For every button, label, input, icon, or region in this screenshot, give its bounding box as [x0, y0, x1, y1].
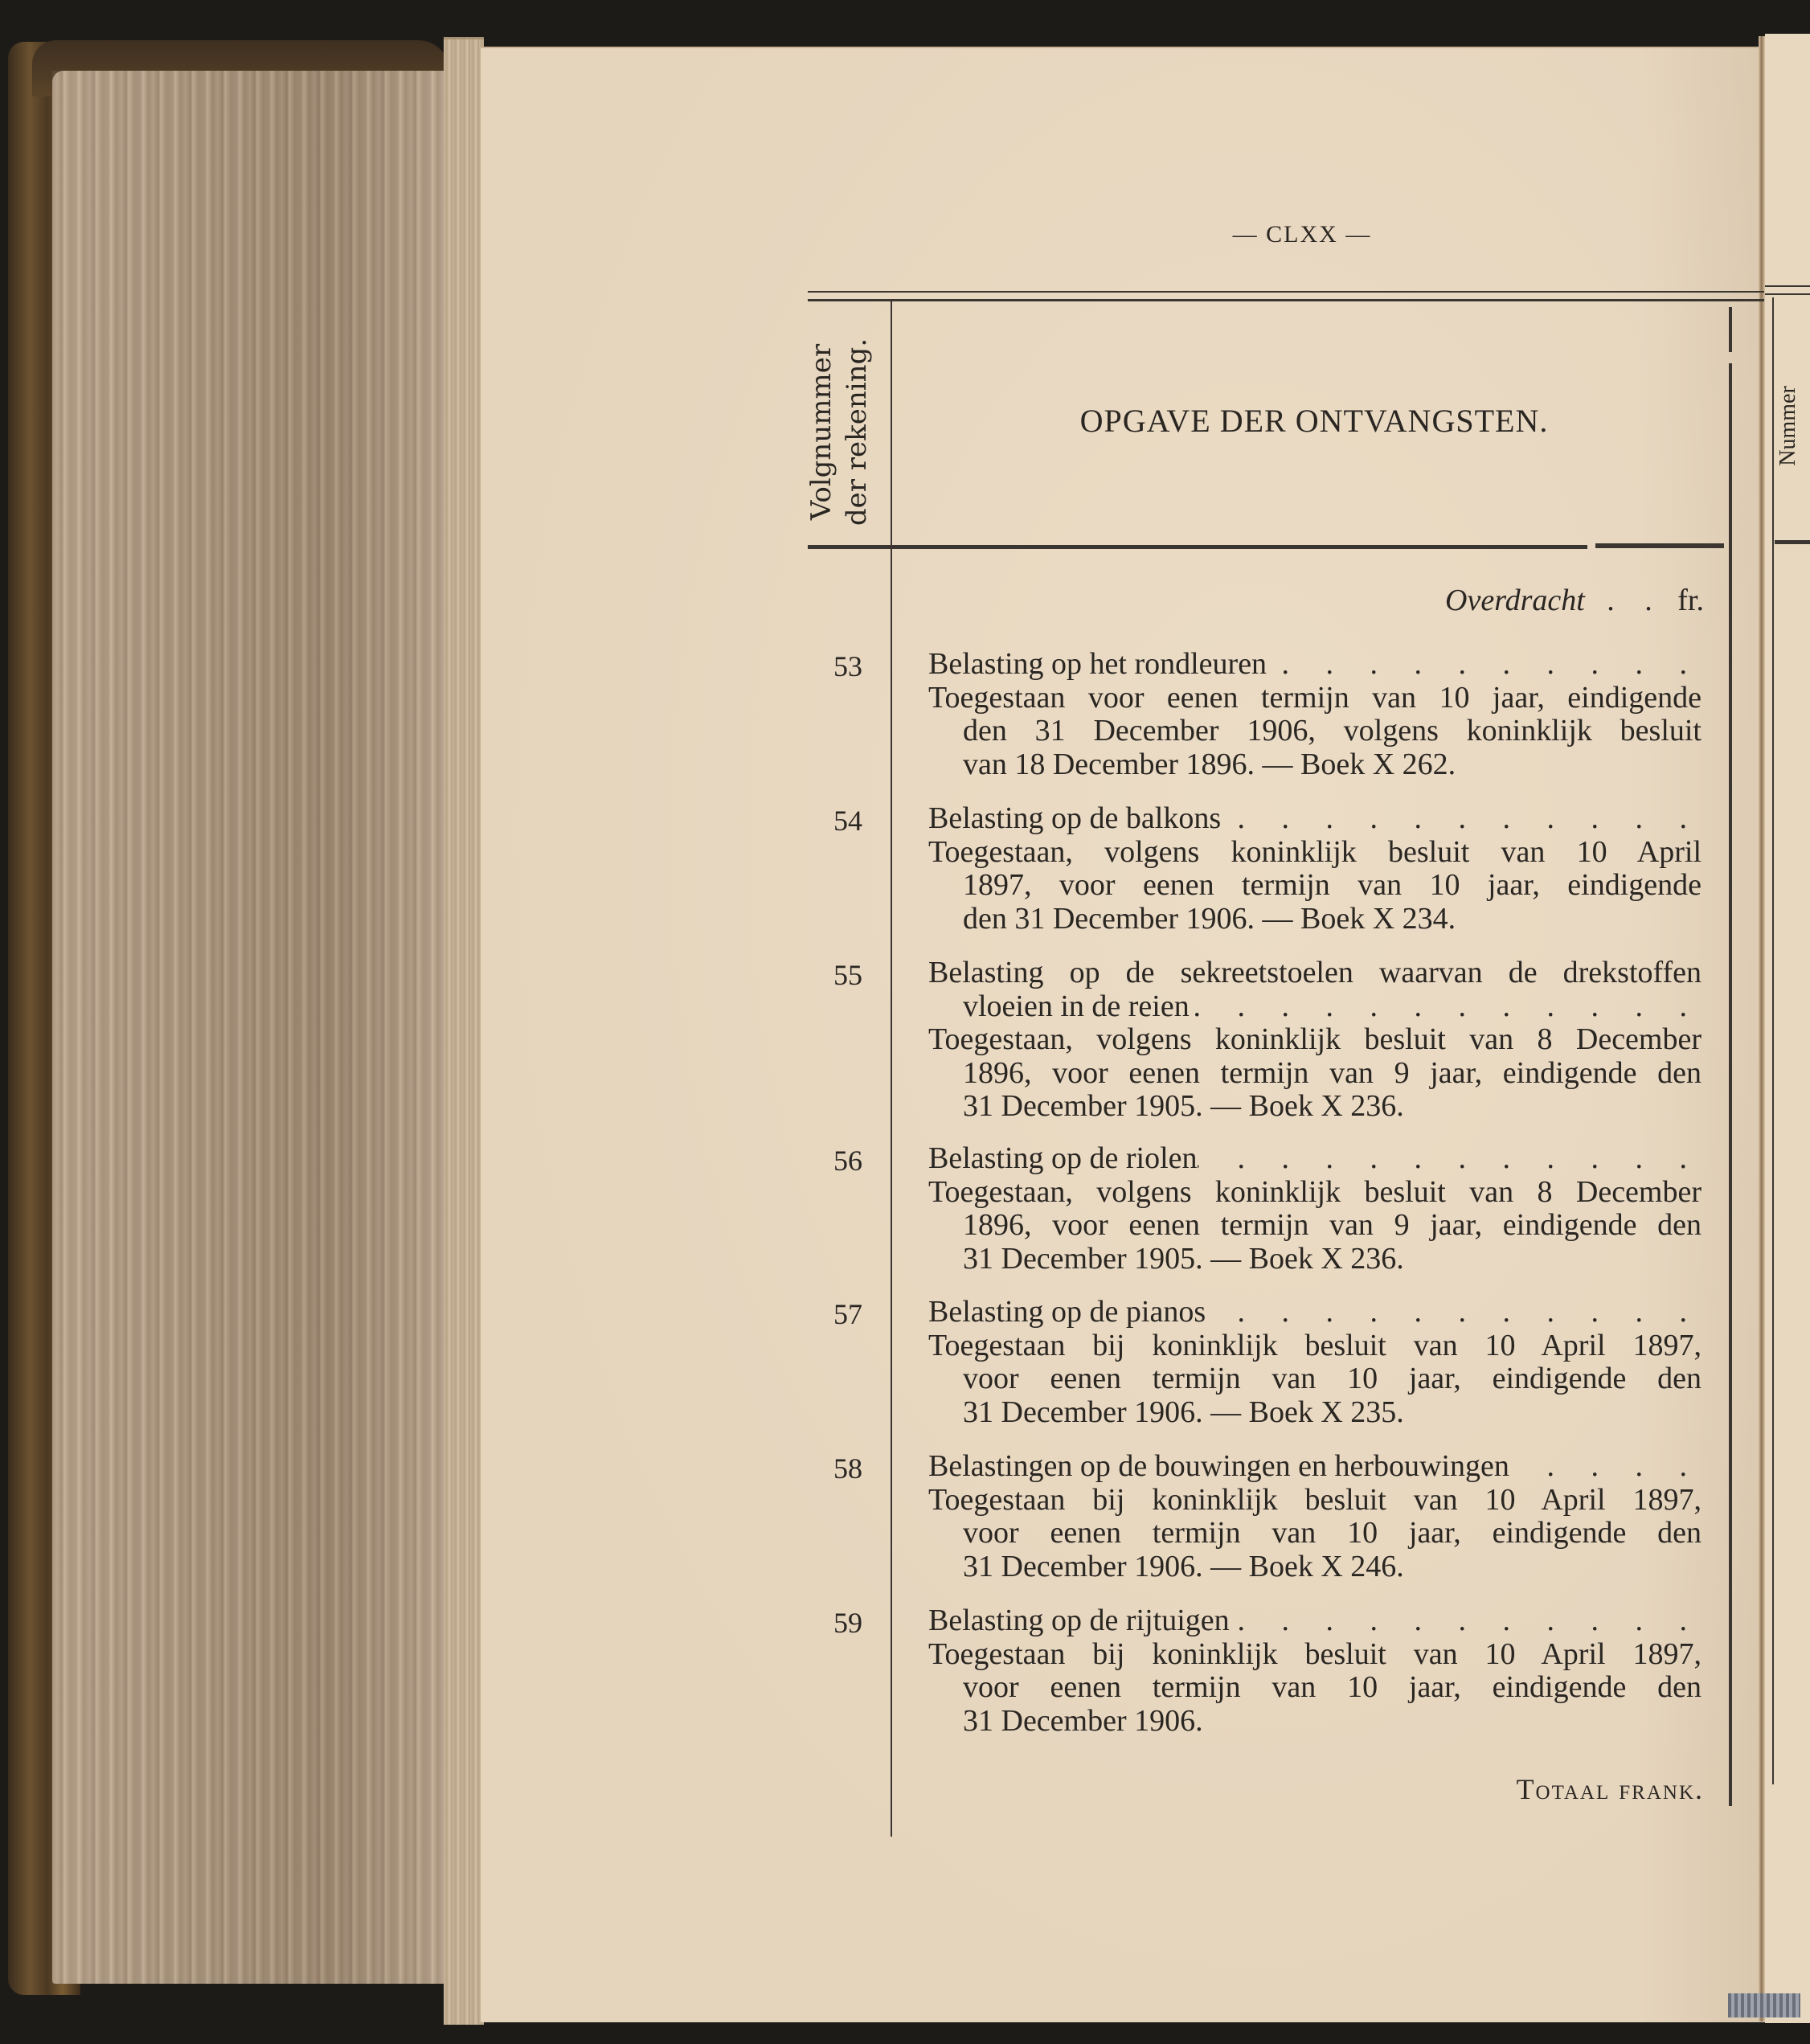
bookmark-ribbon	[1728, 1993, 1800, 2017]
facing-column-header-text: Nummer	[1768, 338, 1808, 514]
dot-leader: . . . . . . . . . . . . . . . . . . .	[1509, 1450, 1701, 1484]
entry-heading: Belasting op de riolen	[928, 1142, 1198, 1176]
column-header-line-2: der rekening.	[839, 317, 874, 547]
entry-line: 31 December 1906.	[928, 1705, 1701, 1739]
fore-edge-shading	[52, 71, 454, 1984]
entry-line: 31 December 1906. — Boek X 246.	[928, 1550, 1701, 1584]
entry-heading: Belasting op de balkons	[928, 802, 1221, 836]
entry-line: 31 December 1905. — Boek X 236.	[928, 1090, 1701, 1124]
dot-leader: . . . . . . . . . . . . . . . . . . .	[1190, 990, 1701, 1024]
page-stack-edge	[444, 37, 484, 2025]
total-label: Totaal frank.	[1366, 1772, 1704, 1806]
facing-column-line	[1772, 297, 1774, 1784]
entry-number: 59	[812, 1606, 884, 1640]
entry-line: Toegestaan, volgens koninklijk besluit v…	[928, 836, 1701, 870]
carry-over-row: Overdracht . . fr.	[924, 583, 1704, 618]
entry-heading: Belasting op de sekreetstoelen waarvan d…	[928, 956, 1701, 990]
table-right-border	[1729, 363, 1732, 1806]
table-row: Belasting op de rijtuigen. . . . . . . .…	[928, 1604, 1701, 1738]
entry-number: 58	[812, 1452, 884, 1485]
entry-line: 1896, voor eenen termijn van 9 jaar, ein…	[928, 1057, 1701, 1091]
table-row: Belasting op de pianos. . . . . . . . . …	[928, 1296, 1701, 1429]
entry-heading: Belasting op de pianos	[928, 1296, 1206, 1329]
page-number: — CLXX —	[1141, 221, 1463, 248]
entry-line: 1896, voor eenen termijn van 9 jaar, ein…	[928, 1209, 1701, 1243]
entry-line: den 31 December 1906. — Boek X 234.	[928, 903, 1701, 936]
header-bottom-rule-right	[1595, 543, 1724, 548]
table-row: Belasting op de balkons. . . . . . . . .…	[928, 802, 1701, 936]
table-row: Belastingen op de bouwingen en herbouwin…	[928, 1450, 1701, 1583]
carry-over-label: Overdracht	[1445, 584, 1585, 617]
facing-top-rule-2	[1765, 293, 1810, 295]
facing-top-rule	[1765, 285, 1810, 287]
table-row: Belasting op de riolen. . . . . . . . . …	[928, 1142, 1701, 1276]
entry-heading: Belastingen op de bouwingen en herbouwin…	[928, 1450, 1509, 1484]
entry-line: voor eenen termijn van 10 jaar, eindigen…	[928, 1362, 1701, 1396]
dot-leader: . . . . . . . . . . . . . . . . . . .	[1198, 1142, 1701, 1176]
facing-column-header: Nummer	[1768, 338, 1808, 514]
entry-line: Toegestaan bij koninklijk besluit van 10…	[928, 1484, 1701, 1518]
entry-line: Toegestaan voor eenen termijn van 10 jaa…	[928, 682, 1701, 715]
entry-number: 57	[812, 1297, 884, 1331]
table-right-border-top	[1729, 307, 1732, 352]
column-header-line-1: Volgnummer	[804, 317, 839, 547]
carry-over-leader: . .	[1607, 584, 1664, 617]
entry-line: 1897, voor eenen termijn van 10 jaar, ei…	[928, 869, 1701, 903]
entry-heading-continued: vloeien in de reien	[963, 990, 1190, 1024]
entry-line: voor eenen termijn van 10 jaar, eindigen…	[928, 1671, 1701, 1705]
column-header-sequence-number: Volgnummer der rekening.	[804, 317, 892, 547]
column-header-description: OPGAVE DER ONTVANGSTEN.	[900, 402, 1728, 440]
entry-line: van 18 December 1896. — Boek X 262.	[928, 748, 1701, 782]
entry-line: den 31 December 1906, volgens koninklijk…	[928, 715, 1701, 748]
entry-line: Toegestaan, volgens koninklijk besluit v…	[928, 1176, 1701, 1210]
entry-line: Toegestaan bij koninklijk besluit van 10…	[928, 1638, 1701, 1672]
entry-number: 56	[812, 1144, 884, 1178]
entry-line: 31 December 1906. — Boek X 235.	[928, 1396, 1701, 1430]
dot-leader: . . . . . . . . . . . . . . . . . . .	[1230, 1604, 1701, 1638]
table-top-rule-1	[808, 291, 1764, 293]
dot-leader: . . . . . . . . . . . . . . . . . . .	[1267, 648, 1701, 682]
header-bottom-rule	[808, 545, 1587, 549]
entry-number: 53	[812, 649, 884, 683]
entry-heading: Belasting op de rijtuigen	[928, 1604, 1230, 1638]
book-gutter	[1759, 36, 1765, 2021]
entry-number: 55	[812, 958, 884, 992]
entry-line: voor eenen termijn van 10 jaar, eindigen…	[928, 1517, 1701, 1550]
table-row: Belasting op de sekreetstoelen waarvan d…	[928, 956, 1701, 1124]
table-row: Belasting op het rondleuren. . . . . . .…	[928, 648, 1701, 781]
facing-header-bottom-rule	[1775, 540, 1810, 544]
entry-number: 54	[812, 804, 884, 838]
entry-line: Toegestaan bij koninklijk besluit van 10…	[928, 1329, 1701, 1363]
entry-heading: Belasting op het rondleuren	[928, 648, 1267, 682]
dot-leader: . . . . . . . . . . . . . . . . . . .	[1206, 1296, 1701, 1329]
entry-line: 31 December 1905. — Boek X 236.	[928, 1243, 1701, 1276]
table-top-rule-2	[808, 299, 1764, 301]
carry-over-unit: fr.	[1677, 584, 1704, 617]
dot-leader: . . . . . . . . . . . . . . . . . . .	[1221, 802, 1701, 836]
entry-line: Toegestaan, volgens koninklijk besluit v…	[928, 1023, 1701, 1057]
